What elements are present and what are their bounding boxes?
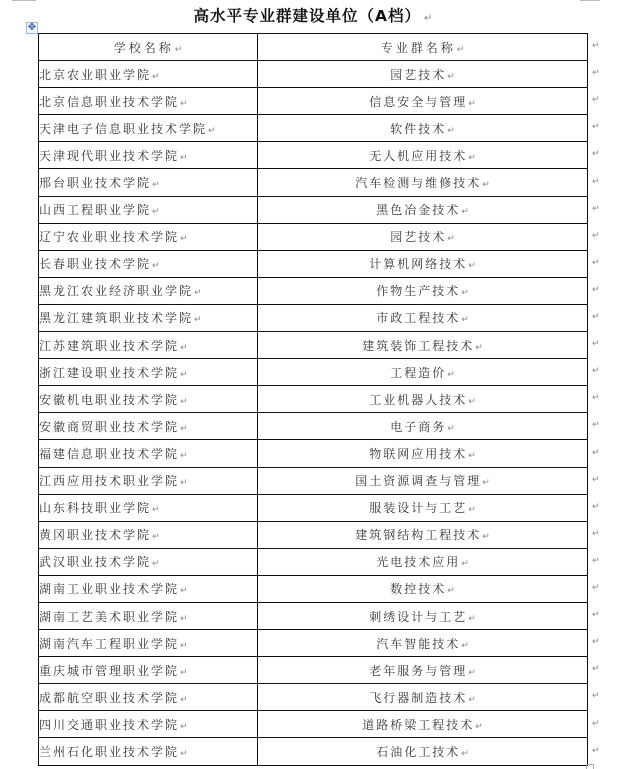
school-cell[interactable]: 四川交通职业技术学院↵ bbox=[39, 711, 258, 738]
major-group-cell-text: 软件技术 bbox=[390, 122, 446, 136]
school-cell-text: 四川交通职业技术学院 bbox=[39, 718, 179, 732]
school-cell[interactable]: 山东科技职业学院↵ bbox=[39, 494, 258, 521]
paragraph-mark-icon: ↵ bbox=[468, 668, 476, 678]
table-row: 北京信息职业技术学院↵信息安全与管理↵ bbox=[39, 88, 588, 115]
school-cell[interactable]: 福建信息职业技术学院↵ bbox=[39, 440, 258, 467]
paragraph-mark-icon: ↵ bbox=[180, 586, 188, 596]
paragraph-mark-icon: ↵ bbox=[468, 451, 476, 461]
table-row: 江西应用技术职业学院↵国土资源调查与管理↵ bbox=[39, 467, 588, 494]
major-group-cell[interactable]: 光电技术应用↵ bbox=[258, 548, 588, 575]
school-cell[interactable]: 北京农业职业学院↵ bbox=[39, 61, 258, 88]
table-header-row: 学校名称↵ 专业群名称↵ bbox=[39, 34, 588, 61]
paragraph-mark-icon: ↵ bbox=[152, 261, 160, 271]
major-group-cell[interactable]: 作物生产技术↵ bbox=[258, 277, 588, 304]
table-row: 天津现代职业技术学院↵无人机应用技术↵ bbox=[39, 142, 588, 169]
page-corner-mark-left bbox=[12, 0, 36, 1]
document-title: 高水平专业群建设单位（A档）↵ bbox=[0, 4, 626, 26]
paragraph-mark-icon: ↵ bbox=[180, 749, 188, 759]
row-end-mark-icon: ↵ bbox=[592, 95, 600, 105]
school-major-table: 学校名称↵ 专业群名称↵ 北京农业职业学院↵园艺技术↵北京信息职业技术学院↵信息… bbox=[38, 33, 588, 766]
paragraph-mark-icon: ↵ bbox=[180, 722, 188, 732]
school-cell-text: 湖南工业职业技术学院 bbox=[39, 582, 179, 596]
paragraph-mark-icon: ↵ bbox=[152, 72, 160, 82]
major-group-cell-text: 汽车检测与维修技术 bbox=[355, 176, 481, 190]
school-cell[interactable]: 武汉职业技术学院↵ bbox=[39, 548, 258, 575]
paragraph-mark-icon: ↵ bbox=[447, 586, 455, 596]
major-group-cell-text: 工程造价 bbox=[390, 366, 446, 380]
major-group-cell-text: 园艺技术 bbox=[390, 68, 446, 82]
school-cell-text: 长春职业技术学院 bbox=[39, 257, 151, 271]
major-group-cell-text: 汽车智能技术 bbox=[376, 637, 460, 651]
major-group-cell-text: 石油化工技术 bbox=[376, 745, 460, 759]
paragraph-mark-icon: ↵ bbox=[180, 614, 188, 624]
major-group-cell-text: 国土资源调查与管理 bbox=[355, 474, 481, 488]
paragraph-mark-icon: ↵ bbox=[180, 641, 188, 651]
paragraph-mark-icon: ↵ bbox=[180, 695, 188, 705]
paragraph-mark-icon: ↵ bbox=[447, 370, 455, 380]
row-end-mark-icon: ↵ bbox=[592, 502, 600, 512]
major-group-cell[interactable]: 工业机器人技术↵ bbox=[258, 386, 588, 413]
paragraph-mark-icon: ↵ bbox=[152, 532, 160, 542]
school-cell[interactable]: 长春职业技术学院↵ bbox=[39, 250, 258, 277]
paragraph-mark-icon: ↵ bbox=[447, 126, 455, 136]
school-cell[interactable]: 重庆城市管理职业学院↵ bbox=[39, 657, 258, 684]
school-cell[interactable]: 辽宁农业职业技术学院↵ bbox=[39, 223, 258, 250]
paragraph-mark-icon: ↵ bbox=[180, 99, 188, 109]
paragraph-mark-icon: ↵ bbox=[461, 559, 469, 569]
major-group-cell[interactable]: 软件技术↵ bbox=[258, 115, 588, 142]
major-group-cell[interactable]: 数控技术↵ bbox=[258, 575, 588, 602]
paragraph-mark-icon: ↵ bbox=[468, 695, 476, 705]
paragraph-mark-icon: ↵ bbox=[468, 153, 476, 163]
school-cell[interactable]: 湖南汽车工程职业学院↵ bbox=[39, 630, 258, 657]
school-cell[interactable]: 北京信息职业技术学院↵ bbox=[39, 88, 258, 115]
row-end-mark-icon: ↵ bbox=[592, 475, 600, 485]
school-cell-text: 成都航空职业技术学院 bbox=[39, 691, 179, 705]
school-cell-text: 湖南汽车工程职业学院 bbox=[39, 637, 179, 651]
major-group-cell[interactable]: 建筑装饰工程技术↵ bbox=[258, 332, 588, 359]
major-group-cell-text: 市政工程技术 bbox=[376, 311, 460, 325]
paragraph-mark-icon: ↵ bbox=[152, 207, 160, 217]
row-end-mark-icon: ↵ bbox=[592, 366, 600, 376]
paragraph-mark-icon: ↵ bbox=[461, 288, 469, 298]
major-group-cell[interactable]: 黑色冶金技术↵ bbox=[258, 196, 588, 223]
major-group-cell[interactable]: 汽车智能技术↵ bbox=[258, 630, 588, 657]
row-end-mark-icon: ↵ bbox=[592, 231, 600, 241]
table-row: 重庆城市管理职业学院↵老年服务与管理↵ bbox=[39, 657, 588, 684]
row-end-mark-icon: ↵ bbox=[592, 41, 600, 51]
major-group-cell-text: 计算机网络技术 bbox=[369, 257, 467, 271]
paragraph-mark-icon: ↵ bbox=[468, 505, 476, 515]
school-cell-text: 黑龙江农业经济职业学院 bbox=[39, 284, 193, 298]
school-cell[interactable]: 山西工程职业学院↵ bbox=[39, 196, 258, 223]
row-end-mark-icon: ↵ bbox=[592, 719, 600, 729]
table-row: 成都航空职业技术学院↵飞行器制造技术↵ bbox=[39, 684, 588, 711]
table-row: 邢台职业技术学院↵汽车检测与维修技术↵ bbox=[39, 169, 588, 196]
paragraph-mark-icon: ↵ bbox=[447, 234, 455, 244]
row-end-mark-icon: ↵ bbox=[592, 68, 600, 78]
major-group-cell-text: 建筑装饰工程技术 bbox=[362, 339, 474, 353]
table-row: 长春职业技术学院↵计算机网络技术↵ bbox=[39, 250, 588, 277]
major-group-cell[interactable]: 建筑钢结构工程技术↵ bbox=[258, 521, 588, 548]
major-group-cell-text: 工业机器人技术 bbox=[369, 393, 467, 407]
school-cell[interactable]: 黑龙江农业经济职业学院↵ bbox=[39, 277, 258, 304]
major-group-cell[interactable]: 汽车检测与维修技术↵ bbox=[258, 169, 588, 196]
school-cell[interactable]: 天津现代职业技术学院↵ bbox=[39, 142, 258, 169]
paragraph-mark-icon: ↵ bbox=[152, 559, 160, 569]
school-cell-text: 湖南工艺美术职业学院 bbox=[39, 610, 179, 624]
school-cell-text: 武汉职业技术学院 bbox=[39, 555, 151, 569]
row-end-mark-icon: ↵ bbox=[592, 664, 600, 674]
school-cell[interactable]: 黑龙江建筑职业技术学院↵ bbox=[39, 304, 258, 331]
row-end-mark-icon: ↵ bbox=[592, 393, 600, 403]
major-group-cell[interactable]: 飞行器制造技术↵ bbox=[258, 684, 588, 711]
major-group-cell-text: 服装设计与工艺 bbox=[369, 501, 467, 515]
paragraph-mark-icon: ↵ bbox=[194, 288, 202, 298]
school-cell-text: 江西应用技术职业学院 bbox=[39, 474, 179, 488]
major-group-cell[interactable]: 物联网应用技术↵ bbox=[258, 440, 588, 467]
table-row: 湖南汽车工程职业学院↵汽车智能技术↵ bbox=[39, 630, 588, 657]
major-group-cell[interactable]: 国土资源调查与管理↵ bbox=[258, 467, 588, 494]
paragraph-mark-icon: ↵ bbox=[180, 234, 188, 244]
paragraph-mark-icon: ↵ bbox=[475, 343, 483, 353]
school-cell[interactable]: 湖南工业职业技术学院↵ bbox=[39, 575, 258, 602]
paragraph-mark-icon: ↵ bbox=[447, 72, 455, 82]
paragraph-mark-icon: ↵ bbox=[152, 180, 160, 190]
row-end-mark-icon: ↵ bbox=[592, 746, 600, 756]
paragraph-mark-icon: ↵ bbox=[175, 45, 183, 55]
column-header-school-label: 学校名称 bbox=[114, 41, 174, 55]
major-group-cell-text: 物联网应用技术 bbox=[369, 447, 467, 461]
column-header-major-group[interactable]: 专业群名称↵ bbox=[258, 34, 588, 61]
major-group-cell[interactable]: 道路桥梁工程技术↵ bbox=[258, 711, 588, 738]
major-group-cell[interactable]: 园艺技术↵ bbox=[258, 61, 588, 88]
paragraph-mark-icon: ↵ bbox=[468, 99, 476, 109]
major-group-cell-text: 黑色冶金技术 bbox=[376, 203, 460, 217]
paragraph-mark-icon: ↵ bbox=[468, 397, 476, 407]
paragraph-mark-icon: ↵ bbox=[461, 315, 469, 325]
paragraph-mark-icon: ↵ bbox=[180, 397, 188, 407]
page-corner-mark-right bbox=[580, 0, 600, 1]
school-cell-text: 重庆城市管理职业学院 bbox=[39, 664, 179, 678]
school-cell[interactable]: 江西应用技术职业学院↵ bbox=[39, 467, 258, 494]
row-end-mark-icon: ↵ bbox=[592, 312, 600, 322]
table-row: 江苏建筑职业技术学院↵建筑装饰工程技术↵ bbox=[39, 332, 588, 359]
row-end-mark-icon: ↵ bbox=[592, 339, 600, 349]
school-cell-text: 安徽机电职业技术学院 bbox=[39, 393, 179, 407]
major-group-cell[interactable]: 老年服务与管理↵ bbox=[258, 657, 588, 684]
paragraph-mark-icon: ↵ bbox=[180, 370, 188, 380]
major-group-cell[interactable]: 市政工程技术↵ bbox=[258, 304, 588, 331]
school-cell[interactable]: 浙江建设职业技术学院↵ bbox=[39, 359, 258, 386]
paragraph-mark-icon: ↵ bbox=[208, 126, 216, 136]
row-end-mark-icon: ↵ bbox=[592, 285, 600, 295]
paragraph-mark-icon: ↵ bbox=[152, 505, 160, 515]
table-body: 北京农业职业学院↵园艺技术↵北京信息职业技术学院↵信息安全与管理↵天津电子信息职… bbox=[39, 61, 588, 765]
school-cell-text: 邢台职业技术学院 bbox=[39, 176, 151, 190]
column-header-school[interactable]: 学校名称↵ bbox=[39, 34, 258, 61]
major-group-cell[interactable]: 石油化工技术↵ bbox=[258, 738, 588, 765]
row-end-mark-icon: ↵ bbox=[592, 149, 600, 159]
paragraph-mark-icon: ↵ bbox=[461, 749, 469, 759]
major-group-cell[interactable]: 园艺技术↵ bbox=[258, 223, 588, 250]
paragraph-mark-icon: ↵ bbox=[424, 13, 432, 24]
paragraph-mark-icon: ↵ bbox=[468, 614, 476, 624]
major-group-cell-text: 作物生产技术 bbox=[376, 284, 460, 298]
paragraph-mark-icon: ↵ bbox=[194, 315, 202, 325]
row-end-mark-icon: ↵ bbox=[592, 258, 600, 268]
major-group-cell[interactable]: 工程造价↵ bbox=[258, 359, 588, 386]
paragraph-mark-icon: ↵ bbox=[180, 668, 188, 678]
row-end-mark-icon: ↵ bbox=[592, 448, 600, 458]
school-cell[interactable]: 邢台职业技术学院↵ bbox=[39, 169, 258, 196]
paragraph-mark-icon: ↵ bbox=[180, 451, 188, 461]
school-cell[interactable]: 江苏建筑职业技术学院↵ bbox=[39, 332, 258, 359]
table-row: 四川交通职业技术学院↵道路桥梁工程技术↵ bbox=[39, 711, 588, 738]
major-group-cell-text: 无人机应用技术 bbox=[369, 149, 467, 163]
paragraph-mark-icon: ↵ bbox=[468, 261, 476, 271]
school-cell-text: 北京农业职业学院 bbox=[39, 68, 151, 82]
table-row: 辽宁农业职业技术学院↵园艺技术↵ bbox=[39, 223, 588, 250]
paragraph-mark-icon: ↵ bbox=[180, 153, 188, 163]
major-group-cell-text: 园艺技术 bbox=[390, 230, 446, 244]
major-group-cell-text: 建筑钢结构工程技术 bbox=[355, 528, 481, 542]
school-cell-text: 福建信息职业技术学院 bbox=[39, 447, 179, 461]
major-group-cell[interactable]: 无人机应用技术↵ bbox=[258, 142, 588, 169]
school-cell[interactable]: 成都航空职业技术学院↵ bbox=[39, 684, 258, 711]
paragraph-mark-icon: ↵ bbox=[180, 478, 188, 488]
table-row: 黑龙江建筑职业技术学院↵市政工程技术↵ bbox=[39, 304, 588, 331]
school-cell[interactable]: 兰州石化职业技术学院↵ bbox=[39, 738, 258, 765]
major-group-cell[interactable]: 服装设计与工艺↵ bbox=[258, 494, 588, 521]
major-group-cell-text: 电子商务 bbox=[390, 420, 446, 434]
major-group-cell-text: 信息安全与管理 bbox=[369, 95, 467, 109]
row-end-mark-icon: ↵ bbox=[592, 420, 600, 430]
row-end-mark-icon: ↵ bbox=[592, 637, 600, 647]
table-row: 福建信息职业技术学院↵物联网应用技术↵ bbox=[39, 440, 588, 467]
column-header-major-group-label: 专业群名称 bbox=[381, 41, 456, 55]
row-end-mark-icon: ↵ bbox=[592, 583, 600, 593]
row-end-mark-icon: ↵ bbox=[592, 204, 600, 214]
major-group-cell[interactable]: 刺绣设计与工艺↵ bbox=[258, 602, 588, 629]
table-row: 天津电子信息职业技术学院↵软件技术↵ bbox=[39, 115, 588, 142]
paragraph-mark-icon: ↵ bbox=[180, 343, 188, 353]
row-end-mark-icon: ↵ bbox=[592, 177, 600, 187]
row-end-mark-icon: ↵ bbox=[592, 610, 600, 620]
row-end-mark-icon: ↵ bbox=[592, 691, 600, 701]
table-row: 湖南工业职业技术学院↵数控技术↵ bbox=[39, 575, 588, 602]
table-resize-handle[interactable] bbox=[586, 764, 594, 769]
major-group-cell[interactable]: 信息安全与管理↵ bbox=[258, 88, 588, 115]
major-group-cell-text: 光电技术应用 bbox=[376, 555, 460, 569]
row-end-mark-icon: ↵ bbox=[592, 529, 600, 539]
table-row: 黄冈职业技术学院↵建筑钢结构工程技术↵ bbox=[39, 521, 588, 548]
row-end-mark-icon: ↵ bbox=[592, 556, 600, 566]
school-cell[interactable]: 安徽商贸职业技术学院↵ bbox=[39, 413, 258, 440]
document-title-text: 高水平专业群建设单位（A档） bbox=[194, 7, 422, 25]
school-cell[interactable]: 天津电子信息职业技术学院↵ bbox=[39, 115, 258, 142]
school-cell-text: 江苏建筑职业技术学院 bbox=[39, 339, 179, 353]
school-cell[interactable]: 湖南工艺美术职业学院↵ bbox=[39, 602, 258, 629]
school-cell-text: 山东科技职业学院 bbox=[39, 501, 151, 515]
table-row: 湖南工艺美术职业学院↵刺绣设计与工艺↵ bbox=[39, 602, 588, 629]
school-cell-text: 兰州石化职业技术学院 bbox=[39, 745, 179, 759]
table-row: 北京农业职业学院↵园艺技术↵ bbox=[39, 61, 588, 88]
paragraph-mark-icon: ↵ bbox=[447, 424, 455, 434]
major-group-cell-text: 刺绣设计与工艺 bbox=[369, 610, 467, 624]
school-cell-text: 辽宁农业职业技术学院 bbox=[39, 230, 179, 244]
table-row: 武汉职业技术学院↵光电技术应用↵ bbox=[39, 548, 588, 575]
school-cell-text: 黄冈职业技术学院 bbox=[39, 528, 151, 542]
major-group-cell-text: 飞行器制造技术 bbox=[369, 691, 467, 705]
major-group-cell-text: 道路桥梁工程技术 bbox=[362, 718, 474, 732]
paragraph-mark-icon: ↵ bbox=[482, 180, 490, 190]
major-group-cell-text: 老年服务与管理 bbox=[369, 664, 467, 678]
school-cell-text: 黑龙江建筑职业技术学院 bbox=[39, 311, 193, 325]
table-row: 黑龙江农业经济职业学院↵作物生产技术↵ bbox=[39, 277, 588, 304]
school-cell-text: 天津电子信息职业技术学院 bbox=[39, 122, 207, 136]
table-row: 兰州石化职业技术学院↵石油化工技术↵ bbox=[39, 738, 588, 765]
school-cell-text: 安徽商贸职业技术学院 bbox=[39, 420, 179, 434]
paragraph-mark-icon: ↵ bbox=[482, 478, 490, 488]
major-group-cell[interactable]: 计算机网络技术↵ bbox=[258, 250, 588, 277]
table-row: 山东科技职业学院↵服装设计与工艺↵ bbox=[39, 494, 588, 521]
school-cell[interactable]: 安徽机电职业技术学院↵ bbox=[39, 386, 258, 413]
table-row: 安徽机电职业技术学院↵工业机器人技术↵ bbox=[39, 386, 588, 413]
paragraph-mark-icon: ↵ bbox=[457, 45, 465, 55]
major-group-cell-text: 数控技术 bbox=[390, 582, 446, 596]
table-row: 浙江建设职业技术学院↵工程造价↵ bbox=[39, 359, 588, 386]
paragraph-mark-icon: ↵ bbox=[482, 532, 490, 542]
paragraph-mark-icon: ↵ bbox=[461, 641, 469, 651]
paragraph-mark-icon: ↵ bbox=[180, 424, 188, 434]
school-cell-text: 浙江建设职业技术学院 bbox=[39, 366, 179, 380]
row-end-mark-icon: ↵ bbox=[592, 122, 600, 132]
table-move-handle-icon[interactable]: ✥ bbox=[26, 22, 38, 34]
table-row: 安徽商贸职业技术学院↵电子商务↵ bbox=[39, 413, 588, 440]
table-row: 山西工程职业学院↵黑色冶金技术↵ bbox=[39, 196, 588, 223]
school-cell-text: 山西工程职业学院 bbox=[39, 203, 151, 217]
school-cell-text: 天津现代职业技术学院 bbox=[39, 149, 179, 163]
paragraph-mark-icon: ↵ bbox=[475, 722, 483, 732]
major-group-cell[interactable]: 电子商务↵ bbox=[258, 413, 588, 440]
paragraph-mark-icon: ↵ bbox=[461, 207, 469, 217]
school-cell[interactable]: 黄冈职业技术学院↵ bbox=[39, 521, 258, 548]
school-cell-text: 北京信息职业技术学院 bbox=[39, 95, 179, 109]
